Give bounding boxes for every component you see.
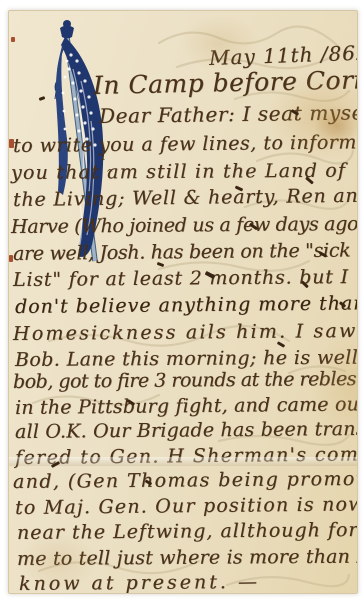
- letter-line: are well, Josh. has been on the "sick: [13, 239, 351, 265]
- age-stain: [17, 531, 97, 591]
- edge-mark: [11, 37, 15, 42]
- caret-mark: ^: [106, 169, 114, 179]
- edge-mark: [9, 255, 13, 262]
- letter-line: the Living; Well & hearty, Ren and: [13, 185, 358, 211]
- ink-fleck: [39, 96, 46, 101]
- letter-line: List" for at least 2 months. but I: [13, 266, 349, 291]
- letter-line: you that am still in the Land of: [11, 160, 346, 184]
- inserted-word: I: [100, 149, 106, 163]
- age-stain: [179, 15, 259, 71]
- fold-crease: [9, 457, 357, 466]
- edge-mark: [9, 139, 14, 148]
- letter-line: Homesickness ails him. I saw: [13, 320, 358, 345]
- letter-line: and, (Gen Thomas being promoted: [13, 468, 358, 493]
- letter-line: bob, got to fire 3 rounds at the rebles: [13, 368, 356, 393]
- letter-paper: May 11th /862. In Camp before Corinth De…: [8, 10, 358, 594]
- letter-line: Bob. Lane this morning; he is well,: [15, 347, 358, 371]
- letter-line: to Maj. Gen. Our position is now: [15, 493, 358, 519]
- letter-line: Harve (Who joined us a few days ago): [11, 213, 358, 238]
- letter-line: in the Pittsburg fight, and came out: [15, 393, 358, 419]
- letter-line: don't believe anything more than: [15, 292, 358, 318]
- letter-photo: May 11th /862. In Camp before Corinth De…: [0, 0, 364, 600]
- age-stain: [314, 106, 358, 146]
- letter-line: all O.K. Our Brigade has been trans-: [15, 418, 358, 443]
